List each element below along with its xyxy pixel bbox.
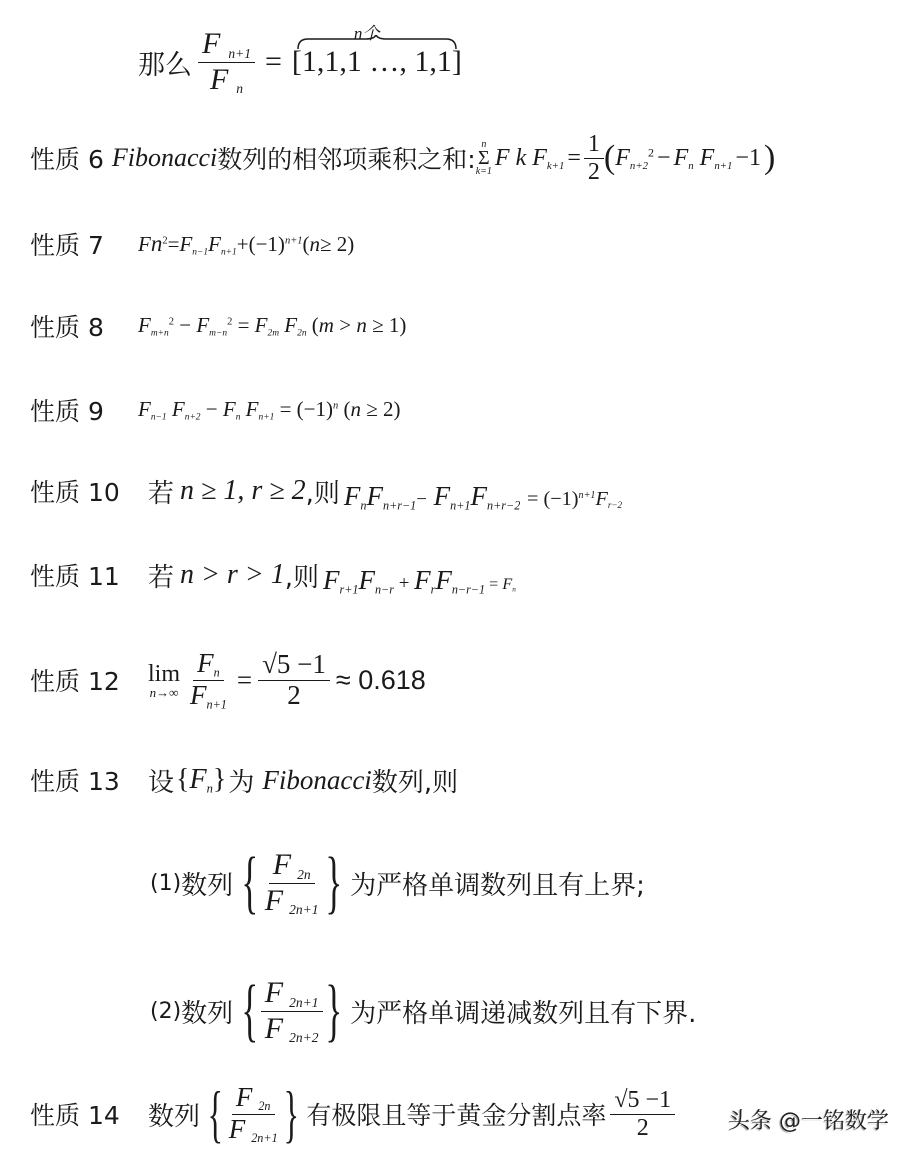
property-label: 性质 13 (30, 762, 148, 798)
sum-formula: n Σ k=1 F k Fk+1 = 12 ( Fn+22 − Fn Fn+1 … (476, 131, 776, 185)
item-text: 为严格单调递减数列且有下界. (350, 993, 696, 1030)
item-text: 为严格单调数列且有上界; (350, 865, 645, 902)
golden-ratio-fraction: √5 −1 2 (610, 1087, 675, 1141)
property-8: 性质 8 Fm+n2 − Fm−n2 = F2m F2n (m > n ≥ 1) (30, 304, 406, 348)
property-13-item-2: (2) 数列 { F2n+1 F2n+2 } 为严格单调递减数列且有下界. (150, 966, 696, 1056)
condition-prefix: 若 (148, 473, 174, 510)
property-label: 性质 11 (30, 557, 148, 593)
property-13-item-1: (1) 数列 { F2n F2n+1 } 为严格单调数列且有上界; (150, 838, 645, 928)
item-prefix: 数列 (181, 993, 233, 1030)
property-label: 性质 6 (30, 140, 104, 176)
property-label: 性质 8 (30, 308, 138, 344)
intro-fraction: Fn+1 Fn (198, 27, 255, 97)
prefix: 数列 (148, 1096, 200, 1133)
fibonacci-word: Fibonacci (262, 765, 371, 796)
property-7: 性质 7 Fn2=Fn−1Fn+1+(−1)n+1(n≥ 2) (30, 222, 354, 266)
intro-line: 那么 Fn+1 Fn = n个 [1,1,1 …, 1,1] (138, 22, 462, 102)
formula: Fr+1Fn−r + FrFn−r−1 = Fn (323, 565, 516, 597)
watermark: 头条 @一铭数学 (728, 1104, 889, 1135)
formula: Fn2=Fn−1Fn+1+(−1)n+1(n≥ 2) (138, 230, 354, 257)
property-text: 数列的相邻项乘积之和: (217, 140, 475, 176)
formula: Fn−1 Fn+2 − Fn Fn+1 = (−1)n (n ≥ 2) (138, 397, 401, 422)
then-word: ,则 (306, 473, 340, 510)
property-11: 性质 11 若 n > r > 1 ,则 Fr+1Fn−r + FrFn−r−1… (30, 550, 516, 600)
suffix: 数列,则 (372, 762, 458, 799)
condition-prefix: 若 (148, 557, 174, 594)
then-word: ,则 (285, 557, 319, 594)
sequence-set: {Fn} (176, 764, 226, 796)
intro-prefix: 那么 (138, 43, 192, 82)
condition: n > r > 1 (180, 559, 285, 591)
property-6: 性质 6 Fibonacci 数列的相邻项乘积之和: n Σ k=1 F k F… (30, 128, 775, 188)
prefix: 设 (148, 762, 174, 799)
middle: 为 (228, 762, 254, 799)
condition: n ≥ 1, r ≥ 2 (180, 475, 306, 507)
property-label: 性质 7 (30, 226, 138, 262)
formula: FnFn+r−1− Fn+1Fn+r−2 = (−1)n+1Fr−2 (344, 481, 622, 513)
sequence-fraction: F2n F2n+1 (225, 1083, 282, 1145)
item-prefix: 数列 (181, 865, 233, 902)
property-13: 性质 13 设 {Fn} 为 Fibonacci 数列,则 (30, 756, 458, 804)
formula: Fm+n2 − Fm−n2 = F2m F2n (m > n ≥ 1) (138, 313, 406, 338)
property-14: 性质 14 数列 { F2n F2n+1 } 有极限且等于黄金分割点率 √5 −… (30, 1076, 675, 1150)
item-index: (1) (150, 871, 181, 896)
property-label: 性质 14 (30, 1096, 148, 1132)
item-index: (2) (150, 999, 181, 1024)
sequence-fraction: F2n+1 F2n+2 (261, 976, 323, 1046)
property-9: 性质 9 Fn−1 Fn+2 − Fn Fn+1 = (−1)n (n ≥ 2) (30, 388, 401, 432)
property-12: 性质 12 lim n→∞ Fn Fn+1 = √5 −1 2 ≈ 0.618 (30, 640, 426, 720)
sequence-fraction: F2n F2n+1 (261, 848, 323, 918)
overbrace-icon (296, 35, 458, 51)
property-text: 有极限且等于黄金分割点率 (306, 1096, 606, 1132)
fibonacci-word: Fibonacci (112, 143, 217, 173)
intro-equals: = (265, 45, 282, 79)
property-label: 性质 12 (30, 662, 148, 698)
property-label: 性质 10 (30, 473, 148, 509)
property-label: 性质 9 (30, 392, 138, 428)
formula: lim n→∞ Fn Fn+1 = √5 −1 2 ≈ 0.618 (148, 649, 426, 711)
property-10: 性质 10 若 n ≥ 1, r ≥ 2 ,则 FnFn+r−1− Fn+1Fn… (30, 466, 622, 516)
intro-bracket-group: n个 [1,1,1 …, 1,1] (292, 45, 462, 79)
